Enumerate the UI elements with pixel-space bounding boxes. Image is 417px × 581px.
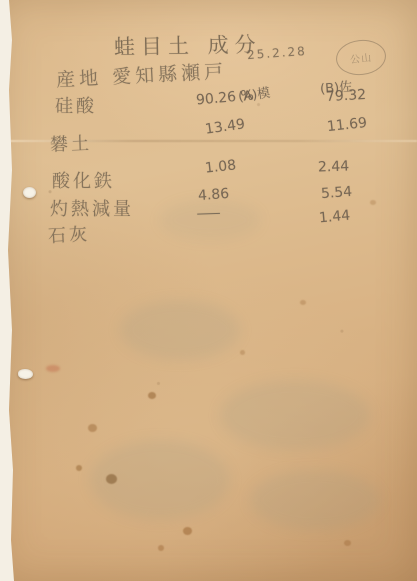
ink-showthrough-smudge: [220, 380, 370, 450]
row-value-alumina-b: 11.69: [326, 115, 368, 135]
row-value-silica-a: 90.26 %: [195, 88, 254, 109]
ink-showthrough-smudge: [250, 470, 380, 530]
row-value-ignition-loss-b: 5.54: [320, 184, 352, 202]
row-label-alumina: 礬土: [50, 129, 93, 156]
row-value-silica-b: 79.32: [326, 87, 367, 105]
ink-showthrough-smudge: [90, 440, 230, 520]
row-value-lime-b: 1.44: [318, 208, 350, 227]
circled-annotation-text: 公山: [349, 49, 372, 66]
foxing-spot: [183, 527, 192, 535]
row-value-iron-oxide-b: 2.44: [318, 158, 350, 175]
red-ink-smudge: [46, 365, 60, 372]
scanned-document-page: 蛙目土 成分 25.2.28 公山 産地 愛知縣瀬戸 (A)模 (B)佐 硅酸 …: [0, 0, 417, 581]
row-label-silica: 硅酸: [55, 92, 97, 118]
punch-hole-top: [23, 187, 36, 198]
punch-hole-bottom: [18, 369, 33, 379]
foxing-spot: [158, 545, 164, 551]
circled-annotation: 公山: [334, 37, 387, 77]
row-label-iron-oxide: 酸化鉄: [52, 167, 115, 193]
row-value-iron-oxide-a: 1.08: [204, 157, 237, 176]
foxing-spot: [148, 392, 156, 399]
row-label-lime: 石灰: [47, 220, 90, 248]
foxing-spot: [240, 350, 245, 355]
ink-showthrough-smudge: [120, 300, 240, 360]
foxing-spot: [370, 200, 376, 205]
paper-sheet: 蛙目土 成分 25.2.28 公山 産地 愛知縣瀬戸 (A)模 (B)佐 硅酸 …: [0, 0, 417, 581]
document-title: 蛙目土 成分: [114, 29, 262, 62]
foxing-spot: [344, 540, 351, 546]
ink-showthrough-smudge: [160, 200, 260, 240]
origin-line: 産地 愛知縣瀬戸: [55, 57, 227, 93]
row-label-ignition-loss: 灼熱減量: [50, 195, 134, 221]
row-value-alumina-a: 13.49: [204, 116, 246, 137]
document-date: 25.2.28: [247, 44, 308, 62]
foxing-spot: [76, 465, 82, 471]
foxing-spot: [300, 300, 306, 305]
foxing-spot: [88, 424, 97, 432]
